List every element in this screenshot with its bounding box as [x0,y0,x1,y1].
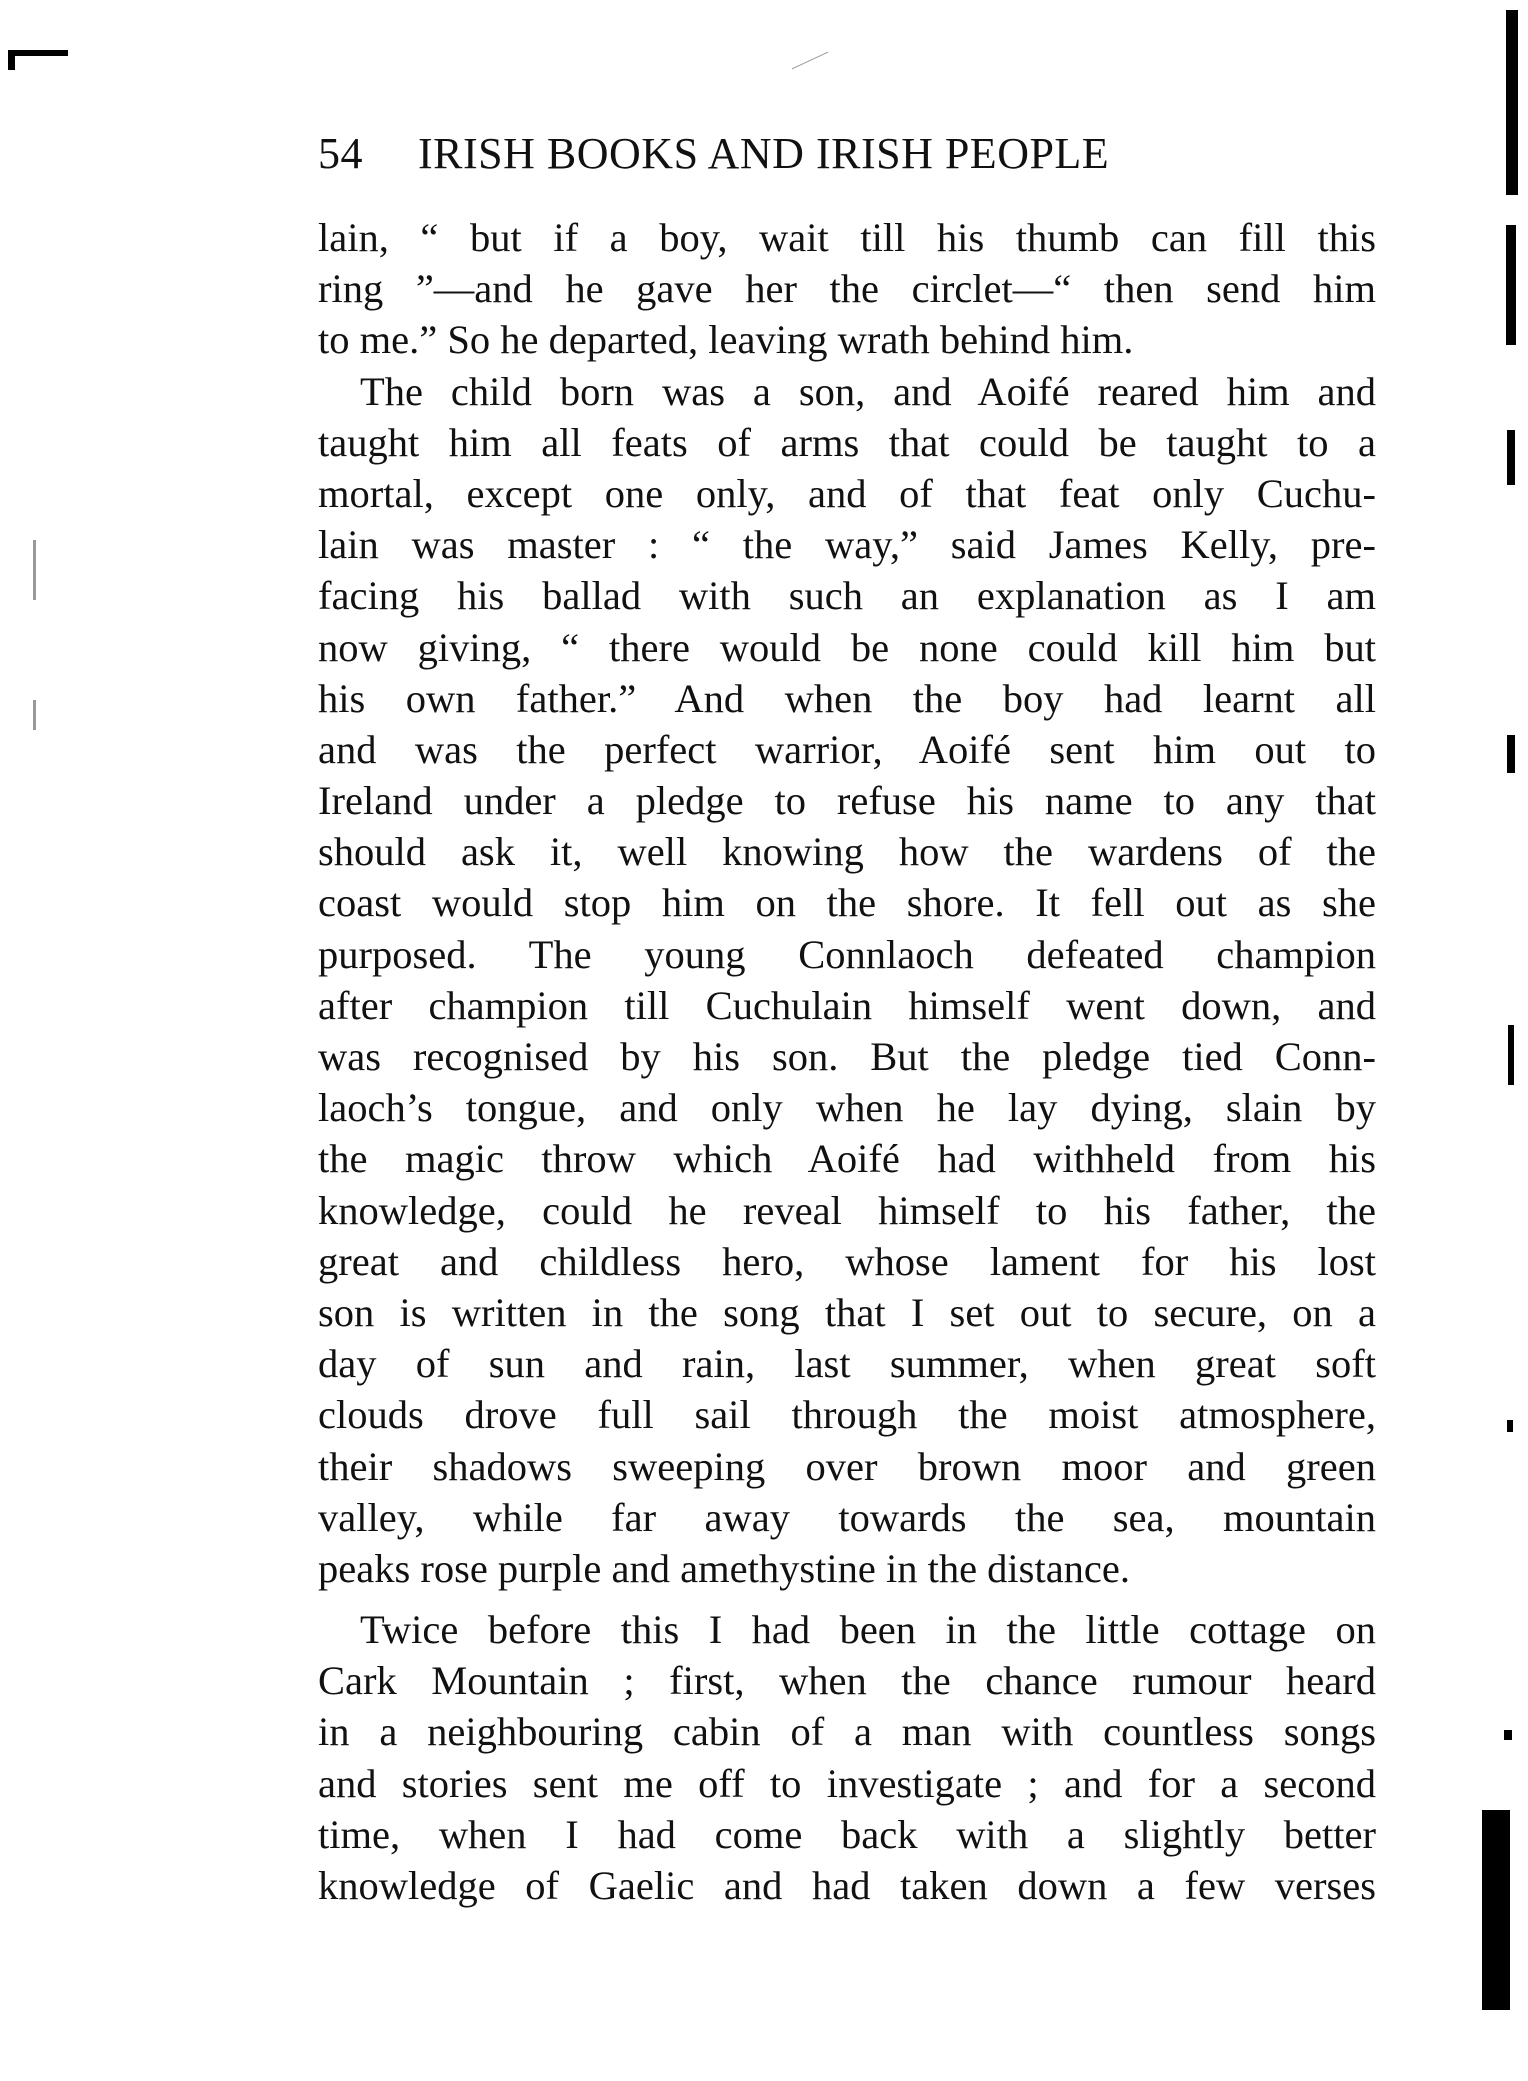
scan-edge-shadow [1507,735,1515,773]
text-line: facing his ballad with such an explanati… [318,570,1376,621]
text-line: Cark Mountain ; first, when the chance r… [318,1655,1376,1706]
scan-speck [33,700,36,730]
scan-edge-shadow [1506,10,1518,195]
scan-edge-shadow [1504,1730,1512,1740]
text-line: their shadows sweeping over brown moor a… [318,1441,1376,1492]
text-line: taught him all feats of arms that could … [318,417,1376,468]
text-line: Ireland under a pledge to refuse his nam… [318,775,1376,826]
scan-edge-shadow [1482,1810,1510,2010]
text-line: lain was master : “ the way,” said James… [318,519,1376,570]
scan-edge-shadow [1506,225,1516,345]
scan-speck [792,52,829,70]
text-line: was recognised by his son. But the pledg… [318,1031,1376,1082]
paragraph-2: The child born was a son, and Aoifé rear… [318,366,1376,1595]
scan-edge-shadow [1508,1025,1514,1085]
scan-edge-shadow [1507,430,1515,485]
scan-corner-mark [8,50,68,56]
text-line: time, when I had come back with a slight… [318,1809,1376,1860]
scan-edge-shadow [1507,1420,1513,1432]
text-line: ring ”—and he gave her the circlet—“ the… [318,263,1376,314]
paragraph-3: Twice before this I had been in the litt… [318,1604,1376,1911]
body-text: lain, “ but if a boy, wait till his thum… [318,212,1376,1911]
text-line: clouds drove full sail through the moist… [318,1389,1376,1440]
text-line: valley, while far away towards the sea, … [318,1492,1376,1543]
text-line: knowledge of Gaelic and had taken down a… [318,1860,1376,1911]
paragraph-1: lain, “ but if a boy, wait till his thum… [318,212,1376,366]
text-line: peaks rose purple and amethystine in the… [318,1543,1376,1594]
text-line: to me.” So he departed, leaving wrath be… [318,314,1376,365]
text-line: knowledge, could he reveal himself to hi… [318,1185,1376,1236]
scan-speck [33,540,36,600]
text-line: and was the perfect warrior, Aoifé sent … [318,724,1376,775]
text-line: laoch’s tongue, and only when he lay dyi… [318,1082,1376,1133]
text-line: the magic throw which Aoifé had withheld… [318,1133,1376,1184]
paragraph-gap [318,1594,1376,1604]
text-line: Twice before this I had been in the litt… [318,1604,1376,1655]
text-line: and stories sent me off to investigate ;… [318,1758,1376,1809]
text-line: great and childless hero, whose lament f… [318,1236,1376,1287]
scanned-book-page: 54IRISH BOOKS AND IRISH PEOPLE lain, “ b… [0,0,1528,2081]
text-line: in a neighbouring cabin of a man with co… [318,1706,1376,1757]
text-line: The child born was a son, and Aoifé rear… [318,366,1376,417]
text-line: lain, “ but if a boy, wait till his thum… [318,212,1376,263]
text-line: should ask it, well knowing how the ward… [318,826,1376,877]
running-title: IRISH BOOKS AND IRISH PEOPLE [418,129,1109,178]
text-line: purposed. The young Connlaoch defeated c… [318,929,1376,980]
text-line: after champion till Cuchulain himself we… [318,980,1376,1031]
running-head: 54IRISH BOOKS AND IRISH PEOPLE [318,128,1378,179]
scan-corner-mark [8,50,15,70]
page-number: 54 [318,128,418,179]
text-line: now giving, “ there would be none could … [318,622,1376,673]
text-line: day of sun and rain, last summer, when g… [318,1338,1376,1389]
text-line: coast would stop him on the shore. It fe… [318,877,1376,928]
text-line: mortal, except one only, and of that fea… [318,468,1376,519]
text-line: his own father.” And when the boy had le… [318,673,1376,724]
text-line: son is written in the song that I set ou… [318,1287,1376,1338]
